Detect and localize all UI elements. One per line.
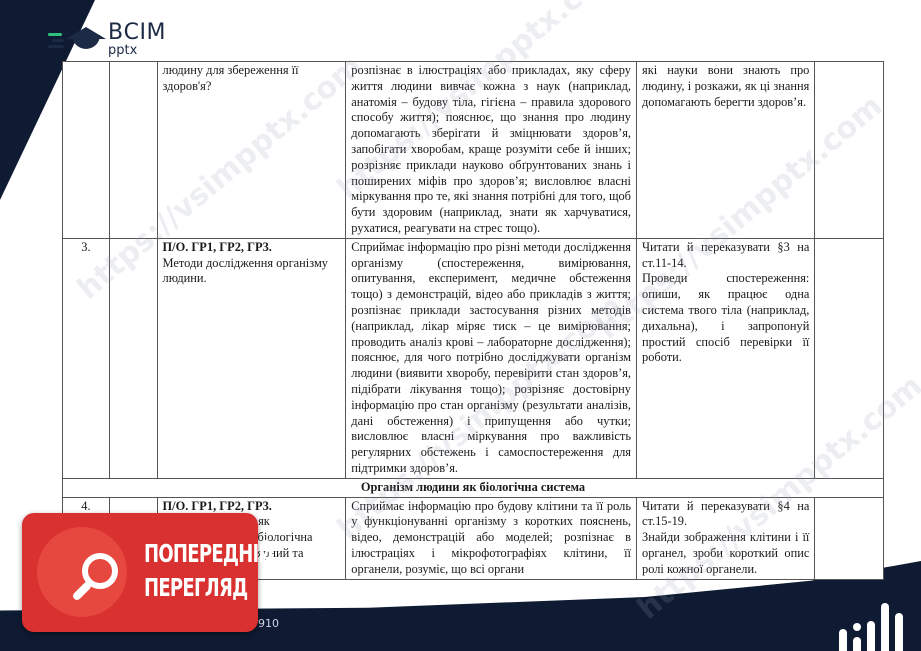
- homework-task: Проведи спостереження: опиши, як працює …: [642, 271, 809, 366]
- lesson-plan-table: людину для збереження її здоров'я? розпі…: [62, 61, 884, 580]
- brand-logo: ВCIM pptx: [48, 22, 166, 57]
- cell-number: 3.: [63, 238, 110, 478]
- cell-learning-outcomes: розпізнає в ілюстраціях або прикладах, я…: [346, 62, 637, 239]
- decorative-bars-icon: [839, 596, 909, 651]
- preview-label-line2: ПЕРЕГЛЯД: [144, 571, 273, 605]
- cell-homework: Читати й переказувати §4 на ст.15-19. Зн…: [637, 497, 815, 579]
- cell-homework: Читати й переказувати §3 на ст.11-14. Пр…: [637, 238, 815, 478]
- homework-reading: Читати й переказувати §3 на ст.11-14.: [642, 240, 809, 272]
- cell-homework: які науки вони знають про людину, і розк…: [637, 62, 815, 239]
- table-row: людину для збереження її здоров'я? розпі…: [63, 62, 884, 239]
- cell-notes: [815, 62, 884, 239]
- topic-text: Методи дослідження організму людини.: [163, 256, 328, 286]
- page-number: 910: [258, 617, 279, 630]
- topic-code: П/О. ГР1, ГР2, ГР3.: [163, 240, 341, 256]
- preview-badge[interactable]: ПОПЕРЕДНІЙ ПЕРЕГЛЯД: [22, 513, 258, 632]
- cell-topic: людину для збереження її здоров'я?: [157, 62, 346, 239]
- section-row: Організм людини як біологічна система: [63, 478, 884, 497]
- homework-reading: Читати й переказувати §4 на ст.15-19.: [642, 499, 809, 531]
- logo-subtitle: pptx: [108, 44, 166, 57]
- graduation-cap-icon: [48, 25, 104, 55]
- cell-hours: [109, 62, 157, 239]
- table-row: 3. П/О. ГР1, ГР2, ГР3. Методи дослідженн…: [63, 238, 884, 478]
- topic-code: П/О. ГР1, ГР2, ГР3.: [163, 499, 341, 515]
- cell-learning-outcomes: Сприймає інформацію про різні методи дос…: [346, 238, 637, 478]
- cell-notes: [815, 497, 884, 579]
- logo-title: ВCIM: [108, 22, 166, 44]
- topic-text: людину для збереження її здоров'я?: [163, 63, 299, 93]
- cell-number: [63, 62, 110, 239]
- cell-learning-outcomes: Сприймає інформацію про будову клітини т…: [346, 497, 637, 579]
- cell-notes: [815, 238, 884, 478]
- section-title: Організм людини як біологічна система: [63, 478, 884, 497]
- preview-label-line1: ПОПЕРЕДНІЙ: [144, 537, 273, 571]
- cell-hours: [109, 238, 157, 478]
- cell-topic: П/О. ГР1, ГР2, ГР3. Методи дослідження о…: [157, 238, 346, 478]
- homework-task: Знайди зображення клітини і її органел, …: [642, 530, 809, 577]
- magnifier-icon: [37, 527, 127, 617]
